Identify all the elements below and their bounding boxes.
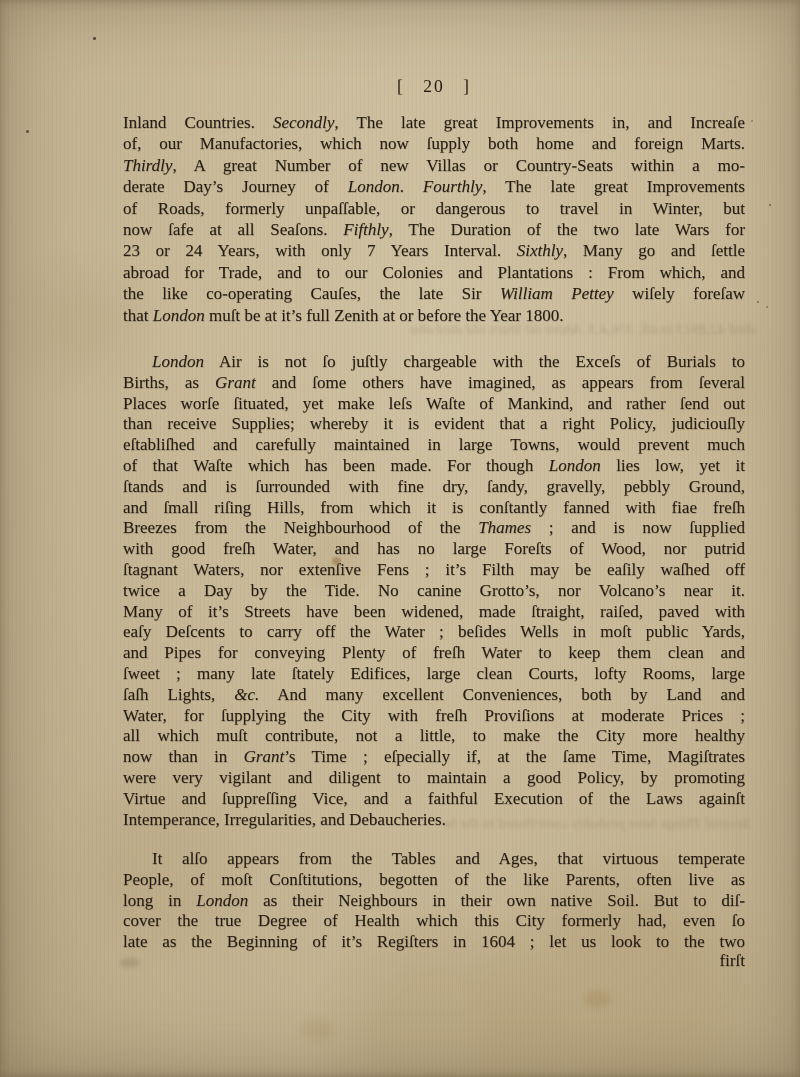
paragraph: London Air is not ſo juſtly chargeable w…: [123, 352, 745, 830]
text-line: People, of moſt Conſtitutions, begotten …: [123, 870, 745, 891]
text-line: and Pipes for conveying Plenty of freſh …: [123, 643, 745, 664]
text-line: were very vigilant and diligent to maint…: [123, 768, 745, 789]
text-line: of that Waſte which has been made. For t…: [123, 456, 745, 477]
text-line: eſtabliſhed and carefully maintained in …: [123, 435, 745, 456]
ink-speck: [757, 301, 759, 303]
text-line: Virtue and ſuppreſſing Vice, and a faith…: [123, 789, 745, 810]
text-line: the like co-operating Cauſes, the late S…: [123, 283, 745, 304]
paragraph: It alſo appears from the Tables and Ages…: [123, 849, 745, 953]
ink-speck: [93, 37, 96, 40]
text-line: all which muſt contribute, not a little,…: [123, 726, 745, 747]
foxing-spot: [585, 990, 611, 1008]
text-line: Many of it’s Streets have been widened, …: [123, 602, 745, 623]
text-line: now than in Grant’s Time ; eſpecially if…: [123, 747, 745, 768]
text-line: Inland Countries. Secondly, The late gre…: [123, 112, 745, 133]
text-line: cover the true Degree of Health which th…: [123, 911, 745, 932]
text-line: abroad for Trade, and to our Colonies an…: [123, 262, 745, 283]
paragraph: Inland Countries. Secondly, The late gre…: [123, 112, 745, 326]
text-line: ſtagnant Waters, nor extenſive Fens ; it…: [123, 560, 745, 581]
catchword-row: firſt: [123, 951, 745, 971]
text-line: now ſafe at all Seaſons. Fifthly, The Du…: [123, 219, 745, 240]
text-line: long in London as their Neighbours in th…: [123, 891, 745, 912]
text-line: that London muſt be at it’s full Zenith …: [123, 305, 745, 326]
text-line: late as the Beginning of it’s Regiſters …: [123, 932, 745, 953]
text-line: Thirdly, A great Number of new Villas or…: [123, 155, 745, 176]
text-line: eaſy Deſcents to carry off the Water ; b…: [123, 622, 745, 643]
text-line: Places worſe ſituated, yet make leſs Waſ…: [123, 394, 745, 415]
text-line: ſweet ; many late ſtately Edifices, larg…: [123, 664, 745, 685]
text-line: Intemperance, Irregularities, and Debauc…: [123, 810, 745, 831]
text-line: Water, for ſupplying the City with freſh…: [123, 706, 745, 727]
text-line: ſtands and is ſurrounded with fine dry, …: [123, 477, 745, 498]
text-line: with good freſh Water, and has no large …: [123, 539, 745, 560]
foxing-spot: [332, 557, 341, 565]
text-line: 23 or 24 Years, with only 7 Years Interv…: [123, 240, 745, 261]
ink-speck: [751, 120, 753, 122]
text-line: of, our Manufactories, which now ſupply …: [123, 133, 745, 154]
catchword: firſt: [720, 951, 746, 970]
text-line: and ſmall riſing Hills, from which it is…: [123, 498, 745, 519]
text-line: than receive Supplies; whereby it is evi…: [123, 414, 745, 435]
text-line: London Air is not ſo juſtly chargeable w…: [123, 352, 745, 373]
text-line: Breezes from the Neighbourhood of the Th…: [123, 518, 745, 539]
text-line: ſaſh Lights, &c. And many excellent Conv…: [123, 685, 745, 706]
text-line: Births, as Grant and ſome others have im…: [123, 373, 745, 394]
book-page: [ 20 ] died 42,8913 in all, 376,4.3. Abo…: [0, 0, 800, 1077]
foxing-spot: [120, 958, 140, 968]
text-line: twice a Day by the Tide. No canine Grott…: [123, 581, 745, 602]
ink-speck: [766, 306, 768, 308]
text-line: derate Day’s Journey of London. Fourthly…: [123, 176, 745, 197]
page-number: [ 20 ]: [397, 76, 471, 96]
text-line: of Roads, formerly unpaſſable, or danger…: [123, 198, 745, 219]
foxing-spot: [300, 1020, 334, 1040]
ink-speck: [26, 130, 29, 133]
text-line: It alſo appears from the Tables and Ages…: [123, 849, 745, 870]
ink-speck: [769, 204, 771, 206]
page-number-header: [ 20 ]: [123, 76, 745, 97]
